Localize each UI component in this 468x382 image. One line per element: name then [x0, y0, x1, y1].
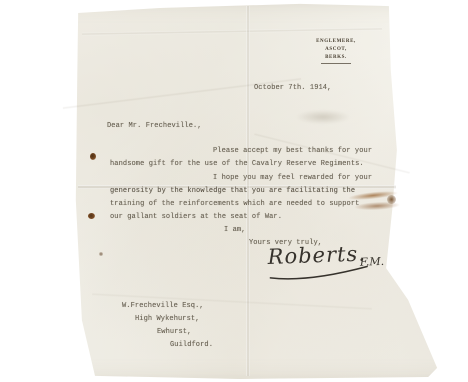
ink-speck [99, 252, 103, 256]
letterhead-line: BERKS. [305, 54, 367, 62]
letterhead: ENGLEMERE, ASCOT, BERKS. [305, 38, 367, 64]
letterhead-rule [321, 63, 351, 64]
date-line: October 7th. 1914, [254, 84, 331, 92]
body-line: handsome gift for the use of the Cavalry… [110, 160, 364, 168]
address-line: High Wykehurst, [135, 315, 200, 323]
letterhead-line: ASCOT, [305, 46, 367, 54]
address-line: Ewhurst, [157, 328, 191, 336]
closing-i-am: I am, [224, 226, 246, 234]
address-line: W.Frecheville Esq., [122, 302, 204, 310]
body-line: generosity by the knowledge that you are… [110, 187, 355, 195]
signature: Roberts. F.M. [265, 241, 382, 289]
body-line: Please accept my best thanks for your [213, 147, 372, 155]
body-line: I hope you may feel rewarded for your [213, 174, 372, 182]
body-line: our gallant soldiers at the seat of War. [110, 213, 282, 221]
ink-speck [88, 213, 95, 219]
signature-underline-flourish [268, 263, 370, 283]
body-line: training of the reinforcements which are… [110, 200, 359, 208]
ink-speck [90, 153, 96, 160]
salutation: Dear Mr. Frecheville., [107, 122, 202, 130]
address-line: Guildford. [170, 341, 213, 349]
letter-scan: ENGLEMERE, ASCOT, BERKS. October 7th. 19… [0, 0, 468, 382]
letterhead-line: ENGLEMERE, [305, 38, 367, 46]
